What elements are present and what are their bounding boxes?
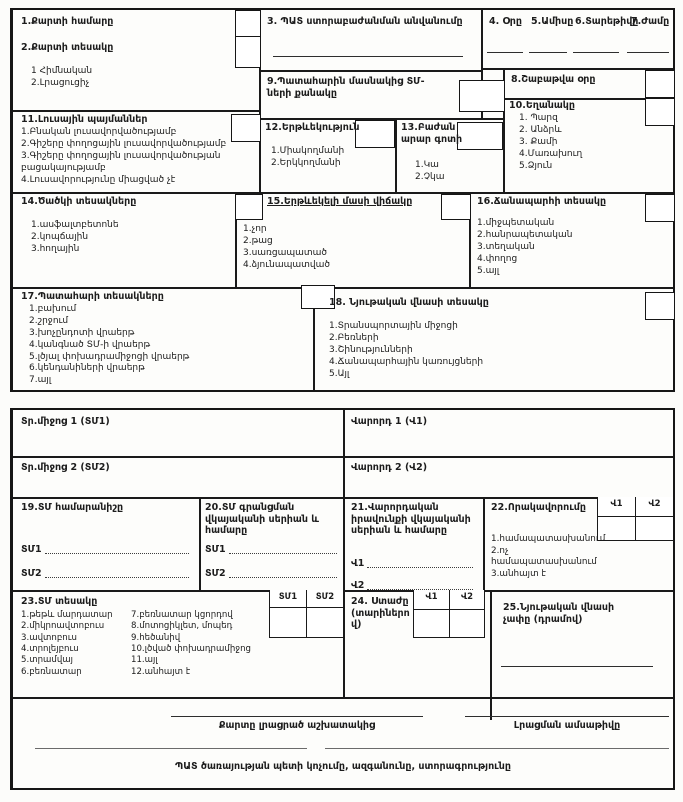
weekday-box[interactable] — [645, 70, 675, 98]
license-v2-fill[interactable] — [367, 580, 473, 590]
damage-amount-label: 25.Նյութական վնասի չափը (դրամով) — [503, 602, 643, 625]
surface-option: 2.կոպճային — [31, 232, 191, 244]
carriageway-option: 4.ձյունապատված — [243, 260, 393, 272]
damage-type-box[interactable] — [645, 292, 675, 320]
road-type-option: 5.այլ — [477, 266, 637, 278]
driver-2-label: Վարորդ 2 (Վ2) — [351, 462, 427, 474]
vehicle-2-label: Տր.միջոց 2 (ՏՄ2) — [21, 462, 110, 474]
regcert-tm2-row[interactable]: ՏՄ2 — [205, 568, 337, 578]
qualification-col-v1: Վ1 — [597, 497, 635, 517]
vehicle-type-grid: ՏՄ1 ՏՄ2 — [269, 590, 343, 638]
weather-box[interactable] — [645, 98, 675, 126]
carriageway-condition-label: 15.Երթևեկելի մասի վիճակը — [267, 196, 457, 208]
surface-option: 3.հողային — [31, 244, 191, 256]
tm2-prefix: ՏՄ2 — [205, 569, 226, 579]
driver-license-label: 21.Վարորդական իրավունքի վկայականի սերիան… — [351, 502, 473, 537]
road-type-option: 1.միջպետական — [477, 218, 637, 230]
damage-type-option: 4.Ճանապարհային կառույցների — [329, 357, 559, 369]
carriageway-option: 1.չոր — [243, 224, 393, 236]
weather-option: 2. Անձրև — [519, 125, 639, 137]
plate-tm1-row[interactable]: ՏՄ1 — [21, 544, 189, 554]
traffic-option: 1.Միակողմանի — [271, 146, 381, 158]
light-conditions-box[interactable] — [231, 114, 261, 142]
chief-signature-line[interactable] — [325, 748, 669, 749]
carriageway-option: 3.սառցապատած — [243, 248, 393, 260]
accident-type-option: 4.կանգնած ՏՄ-ի վրաերթ — [29, 340, 299, 352]
divider — [343, 410, 345, 497]
plate-number-label: 19.ՏՄ համարանիշը — [21, 502, 171, 514]
damage-amount-line[interactable] — [501, 666, 653, 667]
road-type-box[interactable] — [645, 194, 675, 222]
subdivision-name-line[interactable] — [273, 56, 463, 57]
qualification-label: 22.Որակավորումը — [491, 502, 586, 514]
light-option: 2.Գիշերը փողոցային լուսավորվածությամբ — [21, 139, 233, 151]
accident-type-option: 3.խոչընդոտի վրաերթ — [29, 328, 299, 340]
vehicle-1-label: Տր.միջոց 1 (ՏՄ1) — [21, 416, 110, 428]
vehicle-type-option: 5.տրամվայ — [21, 655, 127, 666]
surface-type-box[interactable] — [235, 194, 263, 220]
experience-grid: Վ1 Վ2 — [413, 590, 485, 638]
divider — [259, 70, 481, 72]
qualification-v2-cell[interactable] — [635, 517, 673, 541]
accident-type-option: 7.այլ — [29, 375, 299, 387]
traffic-option: 2.Երկկողմանի — [271, 158, 381, 170]
day-line[interactable] — [487, 52, 523, 53]
experience-v1-cell[interactable] — [413, 610, 449, 638]
divider — [199, 497, 201, 590]
dividing-strip-option: 1.Կա — [415, 160, 475, 172]
fill-date-line[interactable] — [465, 716, 669, 717]
filled-by-label: Քարտը լրացրած աշխատակից — [171, 720, 423, 731]
card-type-box[interactable] — [235, 36, 261, 68]
weather-option: 1. Պարզ — [519, 113, 639, 125]
vehicle-type-option: 8.մոտոցիկլետ, մոպեդ — [131, 621, 265, 632]
hour-line[interactable] — [627, 52, 669, 53]
card-type-option: 2.Լրացուցիչ — [31, 78, 211, 90]
damage-type-option: 3.Շինությունների — [329, 345, 559, 357]
accident-registration-card: 1.Քարտի համարը 2.Քարտի տեսակը 1 Հիմնական… — [0, 0, 683, 802]
regcert-tm2-fill[interactable] — [229, 568, 337, 578]
plate-tm2-row[interactable]: ՏՄ2 — [21, 568, 189, 578]
vehicles-count-box[interactable] — [459, 80, 505, 112]
divider — [395, 118, 397, 192]
vehicle-type-option: 11.այլ — [131, 655, 265, 666]
vehicle-type-option: 12.անհայտ է — [131, 667, 265, 678]
filled-by-signature-line[interactable] — [171, 716, 423, 717]
qualification-col-v2: Վ2 — [635, 497, 673, 517]
card-number-label: 1.Քարտի համարը — [21, 16, 113, 28]
qualification-grid: Վ1 Վ2 — [597, 497, 673, 541]
vehicles-count-label: 9.Պատահարին մասնակից ՏՄ-ների քանակը — [267, 76, 447, 99]
light-option: 4.Լուսավորությունը միացված չէ — [21, 175, 233, 187]
weather-option: 5.Ձյուն — [519, 161, 639, 173]
road-type-option: 2.հանրապետական — [477, 230, 637, 242]
day-label: 4. Օրը — [489, 16, 522, 28]
plate-tm2-fill[interactable] — [45, 568, 189, 578]
divider — [13, 697, 673, 699]
accident-conditions-table: 1.Քարտի համարը 2.Քարտի տեսակը 1 Հիմնական… — [10, 8, 675, 392]
experience-col-v1: Վ1 — [413, 590, 449, 610]
accident-type-option: 5.լծյալ փոխադրամիջոցի վրաերթ — [29, 352, 299, 364]
vehicle-type-option: 7.բեռնատար կցորդով — [131, 610, 265, 621]
tm1-prefix: ՏՄ1 — [205, 545, 226, 555]
weather-option: 3. Քամի — [519, 137, 639, 149]
license-v2-row[interactable]: Վ2 — [351, 580, 473, 590]
dividing-strip-label: 13.Բաժանարար գոտի — [401, 122, 463, 145]
divider — [483, 497, 485, 590]
weather-label: 10.Եղանակը — [509, 100, 575, 112]
traffic-direction-label: 12.Երթևեկություն — [265, 122, 359, 134]
license-v1-fill[interactable] — [367, 558, 473, 568]
accident-type-option: 1.բախում — [29, 304, 299, 316]
divider — [490, 590, 492, 720]
driver-1-label: Վարորդ 1 (Վ1) — [351, 416, 427, 428]
qualification-option: 2.ոչ համապատասխանում — [491, 546, 599, 569]
vehicle-type-option: 4.տրոլեյբուս — [21, 644, 127, 655]
road-type-option: 3.տեղական — [477, 242, 637, 254]
vehicle-type-option: 2.միկրոավտոբուս — [21, 621, 127, 632]
divider — [343, 497, 345, 590]
card-number-box[interactable] — [235, 10, 261, 38]
v1-prefix: Վ1 — [351, 559, 364, 569]
year-label: 6.Տարեթիվը — [575, 16, 638, 28]
vehicle-type-tm2-cell[interactable] — [306, 608, 343, 638]
card-type-label: 2.Քարտի տեսակը — [21, 42, 113, 54]
vehicle-type-option: 10.լծված փոխադրամիջոց — [131, 644, 265, 655]
divider — [13, 192, 673, 194]
light-option: 3.Գիշերը փողոցային լուսավորվածության բաց… — [21, 151, 233, 175]
vehicle-type-tm1-cell[interactable] — [269, 608, 306, 638]
accident-type-label: 17.Պատահարի տեսակները — [21, 291, 164, 303]
damage-type-option: 5.Այլ — [329, 369, 559, 381]
light-option: 1.Բնական լուսավորվածությամբ — [21, 127, 233, 139]
regcert-tm1-row[interactable]: ՏՄ1 — [205, 544, 337, 554]
vehicle-type-col-tm2: ՏՄ2 — [306, 590, 343, 608]
carriageway-option: 2.թաց — [243, 236, 393, 248]
damage-type-label: 18. Նյութական վնասի տեսակը — [329, 297, 489, 309]
month-line[interactable] — [529, 52, 567, 53]
month-label: 5.Ամիսը — [531, 16, 573, 28]
experience-v2-cell[interactable] — [449, 610, 485, 638]
weekday-label: 8.Շաբաթվա օրը — [511, 74, 595, 86]
weather-option: 4.Մառախուղ — [519, 149, 639, 161]
traffic-direction-box[interactable] — [355, 120, 395, 148]
vehicle-type-option: 3.ավտոբուս — [21, 633, 127, 644]
qualification-option: 3.անհայտ է — [491, 569, 599, 581]
vehicle-type-option: 6.բեռնատար — [21, 667, 127, 678]
year-line[interactable] — [573, 52, 619, 53]
surface-type-label: 14.Ծածկի տեսակները — [21, 196, 136, 208]
hour-label: 7.Ժամը — [631, 16, 669, 28]
divider — [13, 287, 673, 289]
plate-tm1-fill[interactable] — [45, 544, 189, 554]
accident-type-option: 6.կենդանիների վրաերթ — [29, 363, 299, 375]
light-conditions-label: 11.Լուսային պայմաններ — [21, 114, 147, 126]
license-v1-row[interactable]: Վ1 — [351, 558, 473, 568]
dividing-strip-option: 2.Չկա — [415, 172, 475, 184]
experience-col-v2: Վ2 — [449, 590, 485, 610]
v2-prefix: Վ2 — [351, 581, 364, 591]
road-type-option: 4.փողոց — [477, 254, 637, 266]
subdivision-name-label: 3. ՊԱՏ ստորաբաժանման անվանումը — [267, 16, 472, 28]
damage-type-option: 1.Տրանսպորտային միջոցի — [329, 321, 559, 333]
experience-label: 24. Ստաժը (տարիներով) — [351, 596, 411, 631]
vehicle-type-option: 9.հեծանիվ — [131, 633, 265, 644]
damage-type-option: 2.Բեռների — [329, 333, 559, 345]
road-type-label: 16.Ճանապարհի տեսակը — [477, 196, 606, 208]
fill-date-label: Լրացման ամսաթիվը — [465, 720, 669, 731]
vehicle-type-label: 23.ՏՄ տեսակը — [21, 596, 97, 608]
accident-type-option: 2.շրջում — [29, 316, 299, 328]
qualification-option: 1.համապատասխանում — [491, 534, 599, 546]
surface-option: 1.ասֆալտբետոնե — [31, 220, 191, 232]
divider — [343, 590, 345, 697]
chief-signature-line[interactable] — [35, 748, 307, 749]
chief-label: ՊԱՏ ծառայության պետի կոչումը, ազգանունը,… — [13, 761, 673, 772]
tm1-prefix: ՏՄ1 — [21, 545, 42, 555]
vehicle-type-col-tm1: ՏՄ1 — [269, 590, 306, 608]
card-type-option: 1 Հիմնական — [31, 66, 211, 78]
vehicles-drivers-table: Տր.միջոց 1 (ՏՄ1) Վարորդ 1 (Վ1) Տր.միջոց … — [10, 408, 675, 790]
dividing-strip-box[interactable] — [457, 122, 503, 150]
tm2-prefix: ՏՄ2 — [21, 569, 42, 579]
regcert-tm1-fill[interactable] — [229, 544, 337, 554]
vehicle-type-option: 1.թեթև մարդատար — [21, 610, 127, 621]
divider — [13, 110, 259, 112]
registration-cert-label: 20.ՏՄ գրանցման վկայականի սերիան և համարը — [205, 502, 339, 537]
